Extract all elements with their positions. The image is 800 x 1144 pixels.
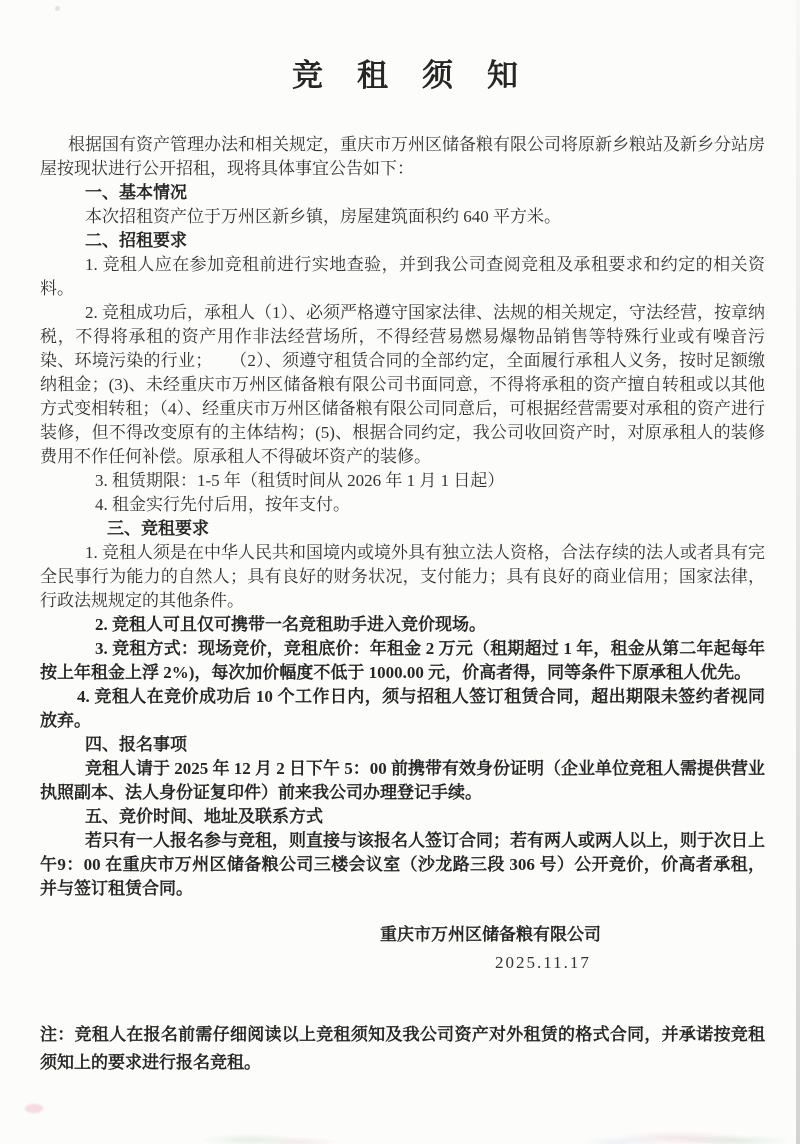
- section-1-heading: 一、基本情况: [40, 181, 765, 205]
- section-4-heading: 四、报名事项: [40, 733, 765, 757]
- section-2-item-1: 1. 竞租人应在参加竞租前进行实地查验，并到我公司查阅竞租及承租要求和约定的相关…: [40, 253, 765, 301]
- section-1-body: 本次招租资产位于万州区新乡镇，房屋建筑面积约 640 平方米。: [40, 205, 765, 229]
- signature-company: 重庆市万州区储备粮有限公司: [380, 921, 765, 949]
- scan-speck-top-left: [55, 6, 60, 11]
- section-5-body: 若只有一人报名参与竞租，则直接与该报名人签订合同；若有两人或两人以上，则于次日上…: [40, 829, 765, 901]
- document-title: 竞租须知: [0, 0, 800, 95]
- section-2-heading: 二、招租要求: [40, 229, 765, 253]
- section-2-item-3: 3. 租赁期限：1-5 年（租赁时间从 2026 年 1 月 1 日起）: [40, 469, 765, 493]
- section-3-item-4: 4. 竞租人在竞价成功后 10 个工作日内，须与招租人签订租赁合同，超出期限未签…: [40, 685, 765, 733]
- document-body: 根据国有资产管理办法和相关规定，重庆市万州区储备粮有限公司将原新乡粮站及新乡分站…: [0, 133, 800, 1077]
- scanned-notice-page: 竞租须知 根据国有资产管理办法和相关规定，重庆市万州区储备粮有限公司将原新乡粮站…: [0, 0, 800, 1144]
- scan-smudge-bottom-left: [25, 1104, 43, 1113]
- intro-paragraph: 根据国有资产管理办法和相关规定，重庆市万州区储备粮有限公司将原新乡粮站及新乡分站…: [40, 133, 765, 181]
- scan-noise-bottom-edge: [0, 1126, 800, 1144]
- section-3-heading: 三、竞租要求: [40, 517, 765, 541]
- footnote: 注：竞租人在报名前需仔细阅读以上竞租须知及我公司资产对外租赁的格式合同，并承诺按…: [40, 1021, 765, 1077]
- section-2-item-4: 4. 租金实行先付后用，按年支付。: [40, 493, 765, 517]
- section-3-item-1: 1. 竞租人须是在中华人民共和国境内或境外具有独立法人资格，合法存续的法人或者具…: [40, 541, 765, 613]
- scan-page-edge-right: [796, 0, 800, 1144]
- signature-block: 重庆市万州区储备粮有限公司 2025.11.17: [40, 921, 765, 977]
- section-4-body: 竞租人请于 2025 年 12 月 2 日下午 5：00 前携带有效身份证明（企…: [40, 757, 765, 805]
- section-3-item-3: 3. 竞租方式：现场竞价，竞租底价：年租金 2 万元（租期超过 1 年，租金从第…: [40, 637, 765, 685]
- section-5-heading: 五、竞价时间、地址及联系方式: [40, 805, 765, 829]
- section-2-item-2: 2. 竞租成功后，承租人（1）、必须严格遵守国家法律、法规的相关规定，守法经营，…: [40, 301, 765, 469]
- signature-date: 2025.11.17: [495, 949, 765, 977]
- section-3-item-2: 2. 竞租人可且仅可携带一名竞租助手进入竞价现场。: [40, 613, 765, 637]
